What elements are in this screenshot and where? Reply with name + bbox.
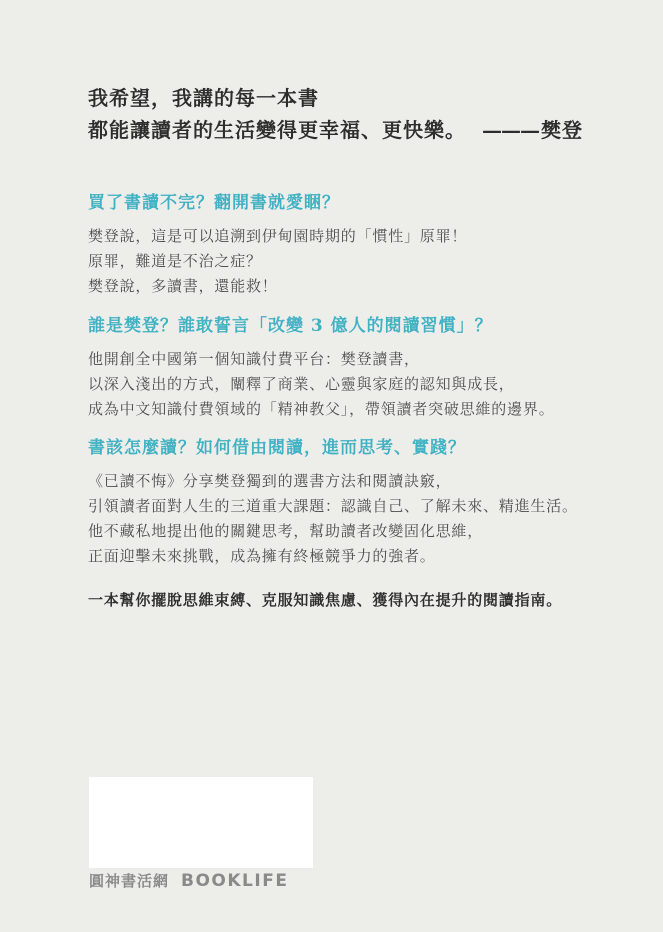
quote-line-2: 都能讓讀者的生活變得更幸福、更快樂。———樊登 [88, 114, 608, 146]
author-quote: 我希望，我講的每一本書 都能讓讀者的生活變得更幸福、更快樂。———樊登 [88, 82, 608, 146]
section-who-is-fandeng: 誰是樊登？誰敢誓言「改變 3 億人的閱讀習慣」？ 他開創全中國第一個知識付費平台… [88, 315, 618, 422]
section-body-line: 《已讀不悔》分享樊登獨到的選書方法和閱讀訣竅， [88, 469, 618, 494]
attribution-dash: ——— [482, 114, 539, 146]
quote-attribution: 樊登 [541, 118, 583, 142]
section-heading: 誰是樊登？誰敢誓言「改變 3 億人的閱讀習慣」？ [88, 315, 618, 338]
section-body-line: 樊登說，這是可以追溯到伊甸園時期的「慣性」原罪！ [88, 224, 618, 249]
publisher-name: 圓神書活網 [89, 870, 169, 891]
section-body-line: 他不藏私地提出他的關鍵思考，幫助讀者改變固化思維， [88, 519, 618, 544]
book-back-cover: 我希望，我講的每一本書 都能讓讀者的生活變得更幸福、更快樂。———樊登 買了書讀… [0, 0, 663, 932]
section-reading-problem: 買了書讀不完？翻開書就愛睏？ 樊登說，這是可以追溯到伊甸園時期的「慣性」原罪！ … [88, 192, 618, 299]
book-tagline: 一本幫你擺脫思維束縛、克服知識焦慮、獲得內在提升的閱讀指南。 [88, 588, 628, 613]
section-body-line: 成為中文知識付費領域的「精神教父」，帶領讀者突破思維的邊界。 [88, 397, 618, 422]
barcode-placeholder [89, 777, 313, 868]
section-heading: 買了書讀不完？翻開書就愛睏？ [88, 192, 618, 215]
section-body-line: 他開創全中國第一個知識付費平台：樊登讀書， [88, 347, 618, 372]
section-body-line: 原罪，難道是不治之症？ [88, 249, 618, 274]
section-body-line: 樊登說，多讀書，還能救！ [88, 274, 618, 299]
section-body-line: 引領讀者面對人生的三道重大課題：認識自己、了解未來、精進生活。 [88, 494, 618, 519]
quote-line-1: 我希望，我講的每一本書 [88, 82, 608, 114]
section-body-line: 正面迎擊未來挑戰，成為擁有終極競爭力的強者。 [88, 544, 618, 569]
section-heading: 書該怎麼讀？如何借由閱讀，進而思考、實踐？ [88, 437, 618, 460]
section-how-to-read: 書該怎麼讀？如何借由閱讀，進而思考、實踐？ 《已讀不悔》分享樊登獨到的選書方法和… [88, 437, 618, 569]
section-body-line: 以深入淺出的方式，闡釋了商業、心靈與家庭的認知與成長， [88, 372, 618, 397]
publisher-footer: 圓神書活網 BOOKLIFE [89, 870, 288, 891]
booklife-logo: BOOKLIFE [181, 871, 288, 891]
